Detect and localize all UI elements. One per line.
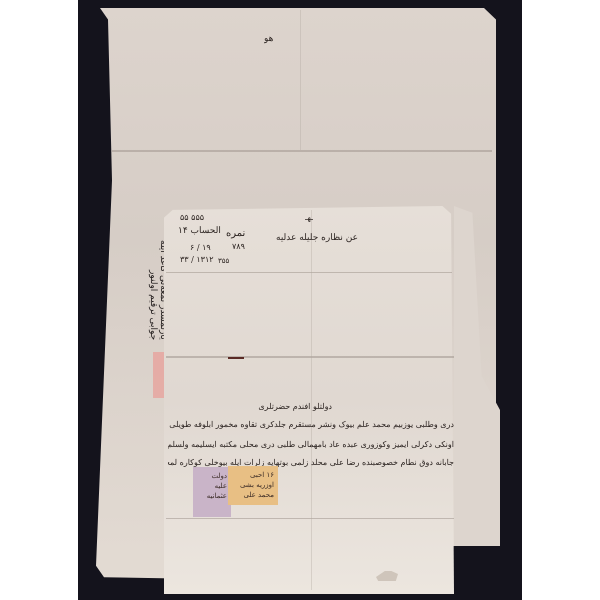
body-line-3: جابانه دوق نطام خصوصبنده رضا علی محلد زل… [168, 458, 454, 467]
fold-crease-lower [166, 518, 454, 519]
top-mark: هو [264, 34, 273, 44]
fold-crease-center [311, 210, 312, 590]
purple-stamp-text: دولت علیه عثمانیه [197, 471, 227, 501]
letter-title: عن نظاره جلیله عدلیه [276, 233, 358, 243]
fold-crease-upper [166, 272, 452, 273]
header-reference: الحساب ۱۴ [178, 226, 221, 236]
letter-sheet [164, 206, 454, 594]
fold-crease-vertical [300, 10, 301, 150]
header-date-fraction: ۱۹ / ۶ [190, 243, 211, 252]
salutation: دولتلو افندم حضرتلری [222, 402, 332, 411]
fold-crease-top [112, 150, 492, 152]
header-mark: ـهـ [305, 213, 313, 222]
fold-crease-middle [166, 356, 454, 358]
header-number-label: نمره [226, 228, 245, 239]
header-small-note: ۳۵۵ [218, 257, 229, 265]
header-reference-top: ۵۵۵ ۵۵ [180, 213, 204, 222]
revenue-stamp-purple: دولت علیه عثمانیه [193, 467, 231, 517]
body-line-2: اونکی دکرلی ایمیز وکوزوری عبده عاد بامهم… [168, 440, 454, 449]
revenue-stamp-orange: ۱۶ احبی اوزریه بشی محمد علی [228, 466, 278, 505]
header-number: ۷۸۹ [232, 242, 245, 251]
orange-stamp-text: ۱۶ احبی اوزریه بشی محمد علی [232, 470, 274, 500]
body-line-1: دری وطلبی یوزبیم محمد علم بیوک ونشر مستق… [168, 420, 454, 429]
ink-smudge [228, 357, 244, 359]
header-date: ۱۳۱۲ / ۳۳ [180, 255, 214, 264]
